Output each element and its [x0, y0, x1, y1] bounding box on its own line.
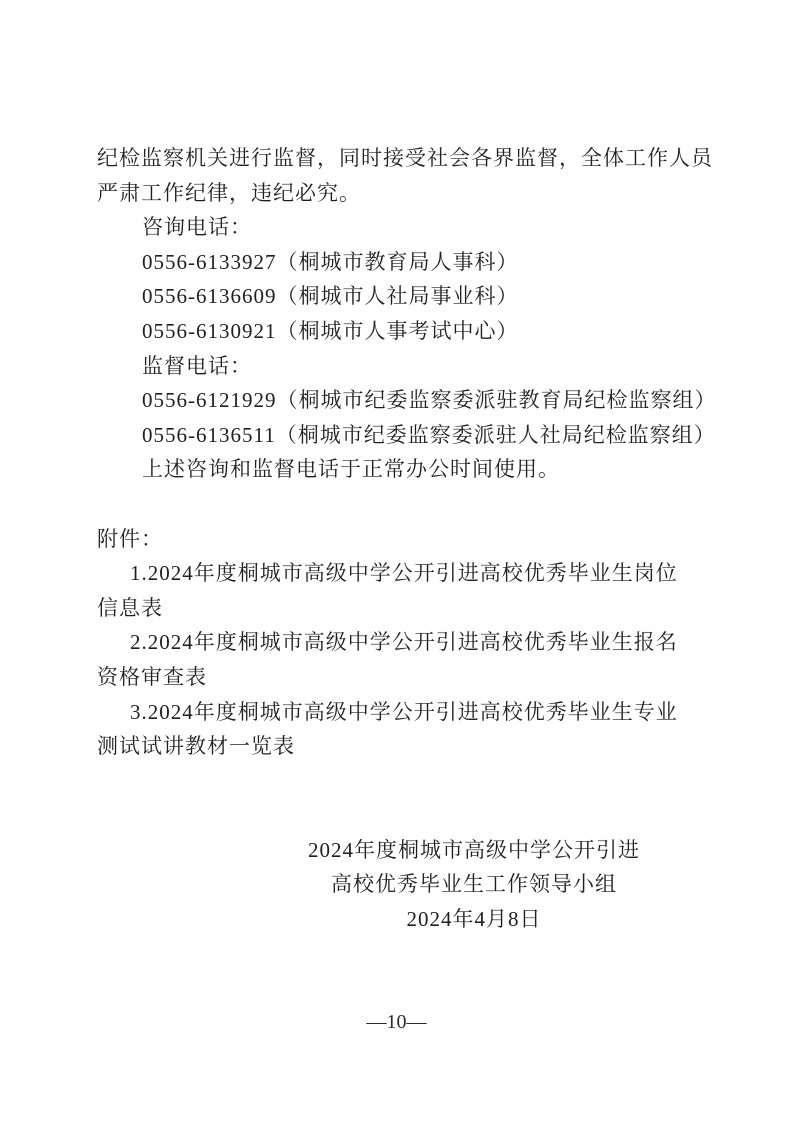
document-page: 纪检监察机关进行监督，同时接受社会各界监督，全体工作人员 严肃工作纪律，违纪必究…	[0, 0, 793, 1122]
attachment-item-2-line: 资格审查表	[97, 660, 695, 695]
signature-date: 2024年4月8日	[308, 902, 640, 937]
blank-line	[97, 487, 695, 522]
consult-phone-label: 咨询电话：	[97, 210, 695, 245]
paragraph-continuation-line: 纪检监察机关进行监督，同时接受社会各界监督，全体工作人员	[97, 141, 695, 176]
attachment-item-1-line: 1.2024年度桐城市高级中学公开引进高校优秀毕业生岗位	[97, 556, 695, 591]
consult-phone-entry: 0556-6136609（桐城市人社局事业科）	[97, 279, 695, 314]
supervision-phone-label: 监督电话：	[97, 349, 695, 384]
attachment-item-3-line: 3.2024年度桐城市高级中学公开引进高校优秀毕业生专业	[97, 695, 695, 730]
signature-org-line: 2024年度桐城市高级中学公开引进	[308, 833, 640, 868]
phone-usage-note: 上述咨询和监督电话于正常办公时间使用。	[97, 452, 695, 487]
supervision-phone-entry: 0556-6121929（桐城市纪委监察委派驻教育局纪检监察组）	[97, 383, 695, 418]
paragraph-continuation-line: 严肃工作纪律，违纪必究。	[97, 176, 695, 211]
blank-line	[97, 798, 695, 833]
attachments-label: 附件：	[97, 522, 695, 557]
attachment-item-3-line: 测试试讲教材一览表	[97, 729, 695, 764]
signature-org-line: 高校优秀毕业生工作领导小组	[308, 867, 640, 902]
signature-block: 2024年度桐城市高级中学公开引进 高校优秀毕业生工作领导小组 2024年4月8…	[308, 833, 640, 937]
consult-phone-entry: 0556-6133927（桐城市教育局人事科）	[97, 245, 695, 280]
document-body: 纪检监察机关进行监督，同时接受社会各界监督，全体工作人员 严肃工作纪律，违纪必究…	[97, 141, 695, 937]
attachment-item-1-line: 信息表	[97, 591, 695, 626]
consult-phone-entry: 0556-6130921（桐城市人事考试中心）	[97, 314, 695, 349]
supervision-phone-entry: 0556-6136511（桐城市纪委监察委派驻人社局纪检监察组）	[97, 418, 695, 453]
page-number: —10—	[0, 1008, 793, 1036]
attachment-item-2-line: 2.2024年度桐城市高级中学公开引进高校优秀毕业生报名	[97, 625, 695, 660]
blank-line	[97, 764, 695, 799]
